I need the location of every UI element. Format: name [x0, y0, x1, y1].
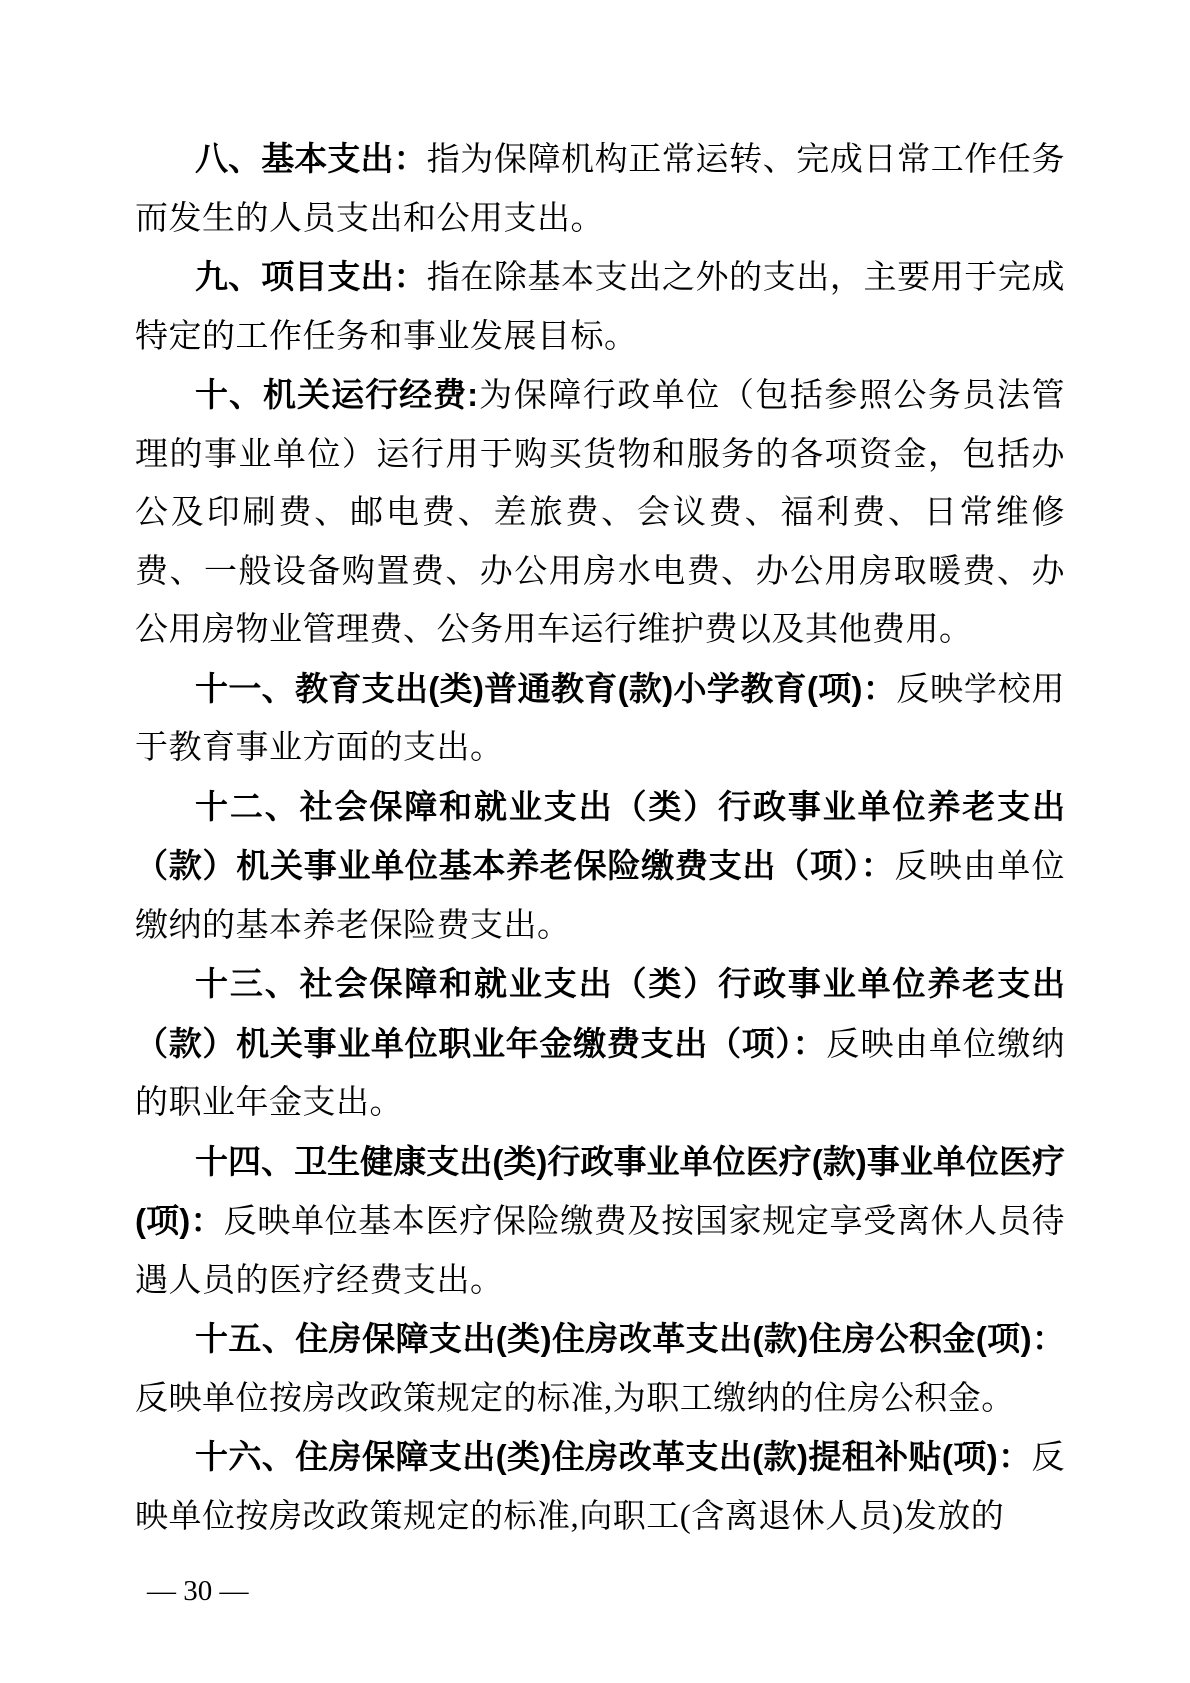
term-definition: 为保障行政单位（包括参照公务员法管理的事业单位）运行用于购买货物和服务的各项资金…: [135, 378, 1065, 648]
page-number: — 30 —: [147, 1574, 249, 1608]
term-label: 十五、住房保障支出(类)住房改革支出(款)住房公积金(项)：: [195, 1320, 1065, 1357]
document-page: 八、基本支出：指为保障机构正常运转、完成日常工作任务而发生的人员支出和公用支出。…: [0, 0, 1190, 1683]
term-label: 十六、住房保障支出(类)住房改革支出(款)提租补贴(项)：: [195, 1438, 1032, 1475]
definition-item-11-education-expenditure: 十一、教育支出(类)普通教育(款)小学教育(项)：反映学校用于教育事业方面的支出…: [135, 660, 1065, 778]
definition-item-16-rent-subsidy-expenditure: 十六、住房保障支出(类)住房改革支出(款)提租补贴(项)：反映单位按房改政策规定…: [135, 1428, 1065, 1546]
definition-item-8-basic-expenditure: 八、基本支出：指为保障机构正常运转、完成日常工作任务而发生的人员支出和公用支出。: [135, 130, 1065, 248]
term-label: 八、基本支出：: [195, 140, 427, 177]
term-label: 九、项目支出：: [195, 258, 427, 295]
document-body: 八、基本支出：指为保障机构正常运转、完成日常工作任务而发生的人员支出和公用支出。…: [135, 130, 1065, 1546]
term-label: 十一、教育支出(类)普通教育(款)小学教育(项)：: [195, 670, 896, 707]
definition-item-12-pension-insurance-expenditure: 十二、社会保障和就业支出（类）行政事业单位养老支出（款）机关事业单位基本养老保险…: [135, 778, 1065, 956]
term-label: 十、机关运行经费:: [195, 376, 478, 413]
definition-item-15-housing-fund-expenditure: 十五、住房保障支出(类)住房改革支出(款)住房公积金(项)：反映单位按房改政策规…: [135, 1310, 1065, 1428]
term-definition: 反映单位基本医疗保险缴费及按国家规定享受离休人员待遇人员的医疗经费支出。: [135, 1204, 1065, 1299]
term-definition: 反映单位按房改政策规定的标准,为职工缴纳的住房公积金。: [135, 1381, 1015, 1417]
definition-item-13-occupational-annuity-expenditure: 十三、社会保障和就业支出（类）行政事业单位养老支出（款）机关事业单位职业年金缴费…: [135, 955, 1065, 1133]
definition-item-9-project-expenditure: 九、项目支出：指在除基本支出之外的支出，主要用于完成特定的工作任务和事业发展目标…: [135, 248, 1065, 366]
definition-item-14-health-expenditure: 十四、卫生健康支出(类)行政事业单位医疗(款)事业单位医疗(项)：反映单位基本医…: [135, 1133, 1065, 1311]
definition-item-10-agency-operating-funds: 十、机关运行经费:为保障行政单位（包括参照公务员法管理的事业单位）运行用于购买货…: [135, 366, 1065, 660]
